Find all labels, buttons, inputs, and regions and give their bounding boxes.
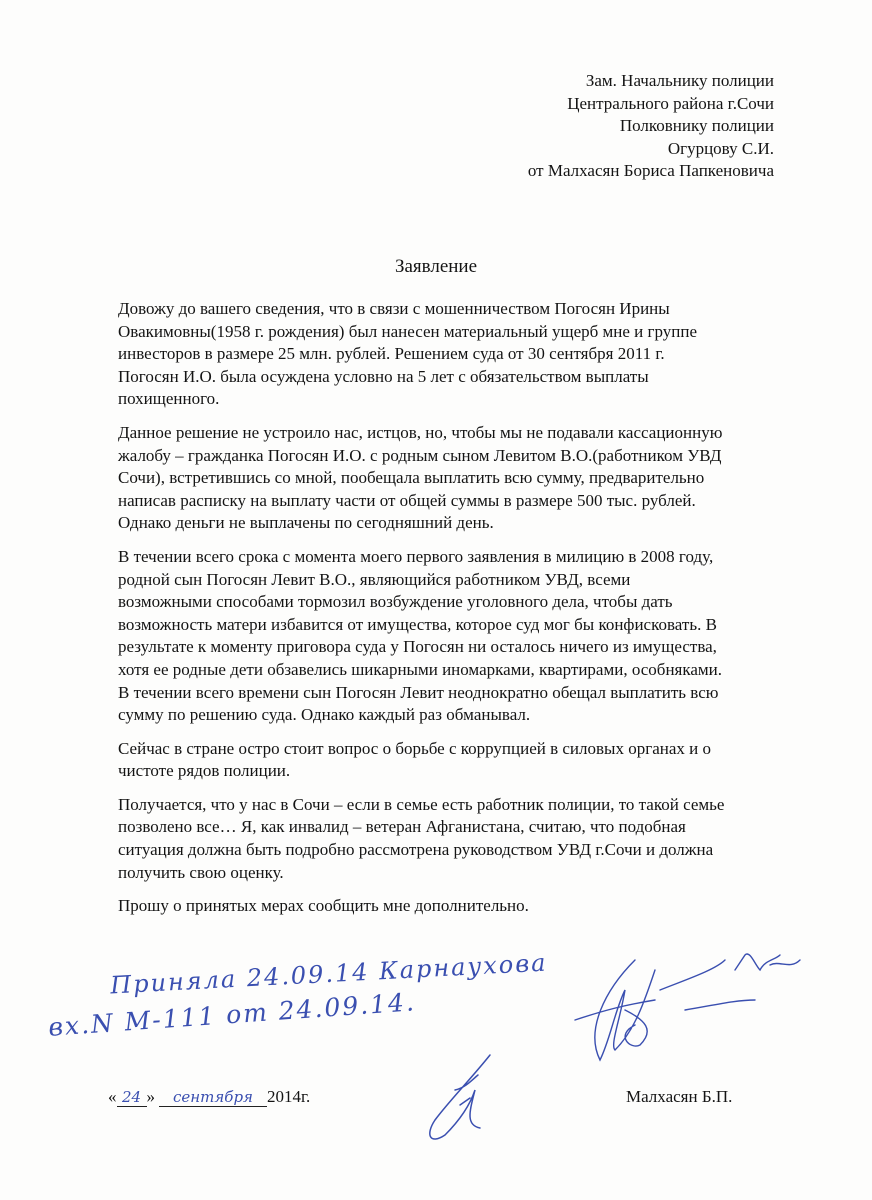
applicant-signature-icon bbox=[410, 1050, 500, 1150]
paragraph: Получается, что у нас в Сочи – если в се… bbox=[118, 794, 838, 884]
text-line: ситуация должна быть подробно рассмотрен… bbox=[118, 839, 838, 862]
text-line: написав расписку на выплату части от общ… bbox=[118, 490, 838, 513]
addressee-line: Зам. Начальнику полиции bbox=[528, 70, 774, 93]
text-line: Сейчас в стране остро стоит вопрос о бор… bbox=[118, 738, 838, 761]
text-line: Сочи), встретившись со мной, пообещала в… bbox=[118, 467, 838, 490]
signer-name: Малхасян Б.П. bbox=[626, 1087, 732, 1107]
handwritten-received-note: Приняла 24.09.14 Карнаухова bbox=[110, 949, 549, 1000]
text-line: похищенного. bbox=[118, 388, 838, 411]
official-signature-icon bbox=[565, 950, 825, 1070]
addressee-line: Центрального района г.Сочи bbox=[528, 93, 774, 116]
text-line: Прошу о принятых мерах сообщить мне допо… bbox=[118, 895, 838, 918]
text-line: жалобу – гражданка Погосян И.О. с родным… bbox=[118, 445, 838, 468]
text-line: Данное решение не устроило нас, истцов, … bbox=[118, 422, 838, 445]
document-title: Заявление bbox=[0, 256, 872, 278]
text-line: Погосян И.О. была осуждена условно на 5 … bbox=[118, 366, 838, 389]
paragraph: Довожу до вашего сведения, что в связи с… bbox=[118, 298, 838, 411]
text-line: инвесторов в размере 25 млн. рублей. Реш… bbox=[118, 343, 838, 366]
text-line: Получается, что у нас в Сочи – если в се… bbox=[118, 794, 838, 817]
text-line: возможность матери избавится от имуществ… bbox=[118, 614, 838, 637]
text-line: сумму по решению суда. Однако каждый раз… bbox=[118, 704, 838, 727]
date-day: 24 bbox=[117, 1088, 147, 1107]
text-line: результате к моменту приговора суда у По… bbox=[118, 636, 838, 659]
date-close-quote: » bbox=[147, 1087, 156, 1106]
document-page: Зам. Начальнику полиции Центрального рай… bbox=[0, 0, 872, 1200]
text-line: хотя ее родные дети обзавелись шикарными… bbox=[118, 659, 838, 682]
addressee-block: Зам. Начальнику полиции Центрального рай… bbox=[528, 70, 774, 183]
paragraph: В течении всего срока с момента моего пе… bbox=[118, 546, 838, 727]
handwritten-registration-note: вх.N М-111 от 24.09.14. bbox=[47, 987, 416, 1042]
date-line: «24»сентября2014г. bbox=[108, 1087, 310, 1107]
document-body: Довожу до вашего сведения, что в связи с… bbox=[118, 298, 838, 929]
paragraph: Данное решение не устроило нас, истцов, … bbox=[118, 422, 838, 535]
addressee-line: Огурцову С.И. bbox=[528, 138, 774, 161]
text-line: родной сын Погосян Левит В.О., являющийс… bbox=[118, 569, 838, 592]
text-line: позволено все… Я, как инвалид – ветеран … bbox=[118, 816, 838, 839]
text-line: Овакимовны(1958 г. рождения) был нанесен… bbox=[118, 321, 838, 344]
date-month: сентября bbox=[159, 1088, 267, 1107]
date-open-quote: « bbox=[108, 1087, 117, 1106]
text-line: Довожу до вашего сведения, что в связи с… bbox=[118, 298, 838, 321]
paragraph: Прошу о принятых мерах сообщить мне допо… bbox=[118, 895, 838, 918]
paragraph: Сейчас в стране остро стоит вопрос о бор… bbox=[118, 738, 838, 783]
addressee-line: Полковнику полиции bbox=[528, 115, 774, 138]
text-line: получить свою оценку. bbox=[118, 862, 838, 885]
addressee-line: от Малхасян Бориса Папкеновича bbox=[528, 160, 774, 183]
text-line: чистоте рядов полиции. bbox=[118, 760, 838, 783]
text-line: В течении всего срока с момента моего пе… bbox=[118, 546, 838, 569]
text-line: возможными способами тормозил возбуждени… bbox=[118, 591, 838, 614]
date-year: 2014г. bbox=[267, 1087, 310, 1106]
text-line: В течении всего времени сын Погосян Леви… bbox=[118, 682, 838, 705]
text-line: Однако деньги не выплачены по сегодняшни… bbox=[118, 512, 838, 535]
